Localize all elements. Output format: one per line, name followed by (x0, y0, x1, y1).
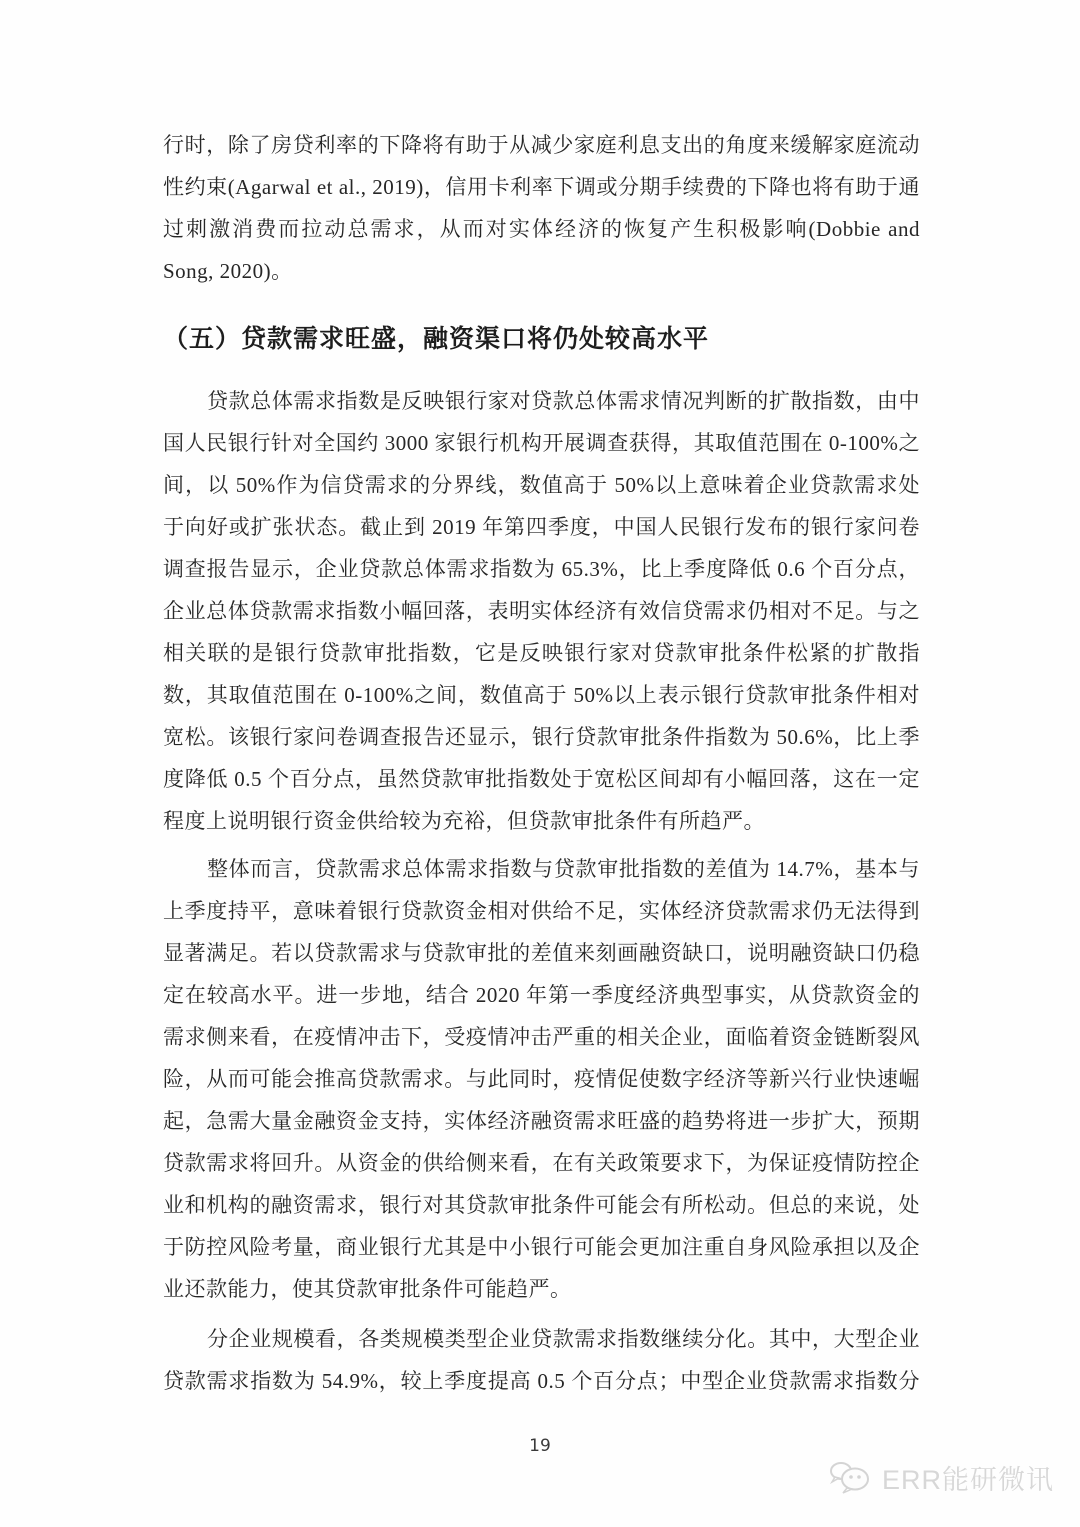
text-line: 国人民银行针对全国约 3000 家银行机构开展调查获得，其取值范围在 0-100… (163, 422, 920, 464)
text-line: 显著满足。若以贷款需求与贷款审批的差值来刻画融资缺口，说明融资缺口仍稳 (163, 932, 920, 974)
text-line: 度降低 0.5 个百分点，虽然贷款审批指数处于宽松区间却有小幅回落，这在一定 (163, 758, 920, 800)
watermark-label: ERR能研微讯 (882, 1458, 1054, 1497)
page-number: 19 (0, 1436, 1080, 1456)
text-line: 起，急需大量金融资金支持，实体经济融资需求旺盛的趋势将进一步扩大，预期 (163, 1100, 920, 1142)
paragraph-continuation: 行时，除了房贷利率的下降将有助于从减少家庭利息支出的角度来缓解家庭流动 性约束(… (163, 124, 920, 292)
text-line: 上季度持平，意味着银行贷款资金相对供给不足，实体经济贷款需求仍无法得到 (163, 890, 920, 932)
text-line: 宽松。该银行家问卷调查报告还显示，银行贷款审批条件指数为 50.6%，比上季 (163, 716, 920, 758)
text-line: 贷款总体需求指数是反映银行家对贷款总体需求情况判断的扩散指数，由中 (163, 380, 920, 422)
text-line: 定在较高水平。进一步地，结合 2020 年第一季度经济典型事实，从贷款资金的 (163, 974, 920, 1016)
paragraph-loan-demand-index: 贷款总体需求指数是反映银行家对贷款总体需求情况判断的扩散指数，由中 国人民银行针… (163, 380, 920, 842)
text-line: 业还款能力，使其贷款审批条件可能趋严。 (163, 1268, 920, 1310)
text-line: Song, 2020)。 (163, 250, 920, 292)
text-line: 相关联的是银行贷款审批指数，它是反映银行家对贷款审批条件松紧的扩散指 (163, 632, 920, 674)
section-heading: （五）贷款需求旺盛，融资渠口将仍处较高水平 (163, 318, 920, 360)
text-line: 于防控风险考量，商业银行尤其是中小银行可能会更加注重自身风险承担以及企 (163, 1226, 920, 1268)
text-line: 调查报告显示，企业贷款总体需求指数为 65.3%，比上季度降低 0.6 个百分点… (163, 548, 920, 590)
wechat-icon (828, 1460, 874, 1496)
text-line: 企业总体贷款需求指数小幅回落，表明实体经济有效信贷需求仍相对不足。与之 (163, 590, 920, 632)
watermark: ERR能研微讯 (828, 1458, 1054, 1497)
text-line: 险，从而可能会推高贷款需求。与此同时，疫情促使数字经济等新兴行业快速崛 (163, 1058, 920, 1100)
text-line: 需求侧来看，在疫情冲击下，受疫情冲击严重的相关企业，面临着资金链断裂风 (163, 1016, 920, 1058)
text-line: 间，以 50%作为信贷需求的分界线，数值高于 50%以上意味着企业贷款需求处 (163, 464, 920, 506)
text-line: 程度上说明银行资金供给较为充裕，但贷款审批条件有所趋严。 (163, 800, 920, 842)
text-line: 性约束(Agarwal et al., 2019)，信用卡利率下调或分期手续费的… (163, 166, 920, 208)
text-line: 整体而言，贷款需求总体需求指数与贷款审批指数的差值为 14.7%，基本与 (163, 848, 920, 890)
document-page: 行时，除了房贷利率的下降将有助于从减少家庭利息支出的角度来缓解家庭流动 性约束(… (0, 0, 1080, 1527)
text-line: 行时，除了房贷利率的下降将有助于从减少家庭利息支出的角度来缓解家庭流动 (163, 124, 920, 166)
text-line: 业和机构的融资需求，银行对其贷款审批条件可能会有所松动。但总的来说，处 (163, 1184, 920, 1226)
text-line: 过刺激消费而拉动总需求，从而对实体经济的恢复产生积极影响(Dobbie and (163, 208, 920, 250)
text-line: 贷款需求将回升。从资金的供给侧来看，在有关政策要求下，为保证疫情防控企 (163, 1142, 920, 1184)
text-line: 贷款需求指数为 54.9%，较上季度提高 0.5 个百分点；中型企业贷款需求指数… (163, 1360, 920, 1402)
text-line: 于向好或扩张状态。截止到 2019 年第四季度，中国人民银行发布的银行家问卷 (163, 506, 920, 548)
paragraph-financing-gap: 整体而言，贷款需求总体需求指数与贷款审批指数的差值为 14.7%，基本与 上季度… (163, 848, 920, 1310)
text-line: 数，其取值范围在 0-100%之间，数值高于 50%以上表示银行贷款审批条件相对 (163, 674, 920, 716)
paragraph-by-firm-size: 分企业规模看，各类规模类型企业贷款需求指数继续分化。其中，大型企业 贷款需求指数… (163, 1318, 920, 1402)
text-line: 分企业规模看，各类规模类型企业贷款需求指数继续分化。其中，大型企业 (163, 1318, 920, 1360)
